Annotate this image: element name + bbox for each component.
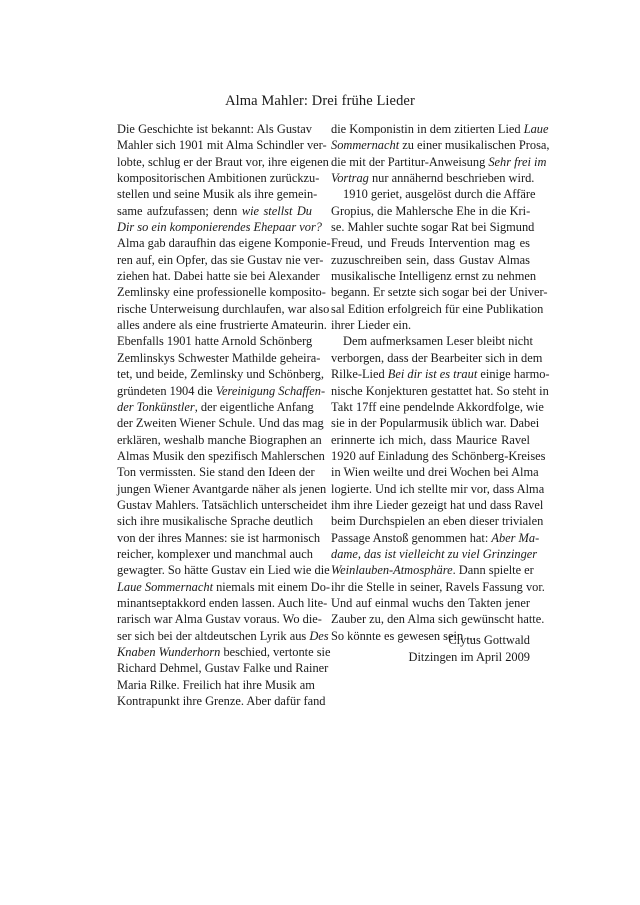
text-line: Almas Musik den spezifisch Mahlerschen (117, 448, 312, 464)
text-run: sie in der Popularmusik üblich war. Dabe… (331, 416, 539, 430)
text-run: Ton vermissten. Sie stand den Ideen der (117, 465, 315, 479)
italic-title: Sehr frei im (488, 155, 546, 169)
text-line: Freud, und Freuds Intervention mag es (331, 235, 530, 251)
text-run: minantseptakkord enden lassen. Auch lite… (117, 596, 327, 610)
text-run: 1910 geriet, ausgelöst durch die Affäre (343, 187, 535, 201)
text-run: beim Durchspielen an eben dieser trivial… (331, 514, 543, 528)
text-line: begann. Er setzte sich sogar bei der Uni… (331, 284, 530, 300)
text-run: einige harmo- (477, 367, 549, 381)
text-run: ren auf, ein Opfer, das sie Gustav nie v… (117, 253, 323, 267)
italic-title: Dir so ein komponierendes Ehepaar vor? (117, 220, 322, 234)
text-run: Richard Dehmel, Gustav Falke und Rainer (117, 661, 328, 675)
text-line: der Tonkünstler, der eigentliche Anfang (117, 399, 312, 415)
text-run: ihr die Stelle in seiner, Ravels Fassung… (331, 580, 545, 594)
italic-title: dame, das ist vielleicht zu viel Grinzin… (331, 547, 537, 561)
text-run: der Zweiten Wiener Schule. Und das mag (117, 416, 324, 430)
text-line: 1920 auf Einladung des Schönberg-Kreises (331, 448, 530, 464)
text-run: Maria Rilke. Freilich hat ihre Musik am (117, 678, 315, 692)
italic-title: Bei dir ist es traut (388, 367, 478, 381)
page-title: Alma Mahler: Drei frühe Lieder (0, 93, 640, 110)
text-run: same aufzufassen; denn (117, 204, 242, 218)
text-line: Laue Sommernacht niemals mit einem Do- (117, 579, 312, 595)
text-line: gewagter. So hätte Gustav ein Lied wie d… (117, 562, 312, 578)
text-run: von der ihres Mannes: sie ist harmonisch (117, 531, 320, 545)
text-run: gründeten 1904 die (117, 384, 216, 398)
text-run: Kontrapunkt ihre Grenze. Aber dafür fand (117, 694, 326, 708)
place-date: Ditzingen im April 2009 (331, 649, 530, 665)
text-line: von der ihres Mannes: sie ist harmonisch (117, 530, 312, 546)
text-run: Passage Anstoß genommen hat: (331, 531, 491, 545)
text-line: erklären, weshalb manche Biographen an (117, 432, 312, 448)
text-line: zuzuschreiben sein, dass Gustav Almas (331, 252, 530, 268)
text-line: nische Konjekturen gestattet hat. So ste… (331, 383, 530, 399)
text-run: Almas Musik den spezifisch Mahlerschen (117, 449, 325, 463)
text-line: 1910 geriet, ausgelöst durch die Affäre (331, 186, 530, 202)
text-run: rische Unterweisung durchlaufen, war als… (117, 302, 329, 316)
text-run: tet, und beide, Zemlinsky und Schönberg, (117, 367, 324, 381)
text-line: Richard Dehmel, Gustav Falke und Rainer (117, 660, 312, 676)
text-run: Zauber zu, den Alma sich gewünscht hatte… (331, 612, 544, 626)
text-run: zuzuschreiben sein, dass Gustav Almas (331, 253, 530, 267)
italic-title: Laue (524, 122, 549, 136)
text-line: Vortrag nur annähernd beschrieben wird. (331, 170, 530, 186)
text-line: ser sich bei der altdeutschen Lyrik aus … (117, 628, 312, 644)
text-run: reicher, komplexer und manchmal auch (117, 547, 313, 561)
text-run: die Komponistin in dem zitierten Lied (331, 122, 524, 136)
italic-title: Laue Sommernacht (117, 580, 213, 594)
text-line: sich ihre musikalische Sprache deutlich (117, 513, 312, 529)
text-line: tet, und beide, Zemlinsky und Schönberg, (117, 366, 312, 382)
text-line: Zemlinskys Schwester Mathilde geheira- (117, 350, 312, 366)
italic-title: Aber Ma- (491, 531, 539, 545)
text-run: Alma gab daraufhin das eigene Komponie- (117, 236, 331, 250)
italic-title: der Tonkünstler (117, 400, 195, 414)
text-line: Ebenfalls 1901 hatte Arnold Schönberg (117, 333, 312, 349)
text-line: minantseptakkord enden lassen. Auch lite… (117, 595, 312, 611)
text-line: Gropius, die Mahlersche Ehe in die Kri- (331, 203, 530, 219)
text-line: Kontrapunkt ihre Grenze. Aber dafür fand (117, 693, 312, 709)
text-run: erinnerte ich mich, dass Maurice Ravel (331, 433, 530, 447)
text-run: , der eigentliche Anfang (195, 400, 314, 414)
text-run: Takt 17ff eine pendelnde Akkordfolge, wi… (331, 400, 544, 414)
text-line: Alma gab daraufhin das eigene Komponie- (117, 235, 312, 251)
text-line: lobte, schlug er der Braut vor, ihre eig… (117, 154, 312, 170)
text-run: Freud, und Freuds Intervention mag es (331, 236, 530, 250)
text-run: rarisch war Alma Gustav voraus. Wo die- (117, 612, 322, 626)
text-line: rarisch war Alma Gustav voraus. Wo die- (117, 611, 312, 627)
text-line: ziehen hat. Dabei hatte sie bei Alexande… (117, 268, 312, 284)
text-line: se. Mahler suchte sogar Rat bei Sigmund (331, 219, 530, 235)
text-line: Zauber zu, den Alma sich gewünscht hatte… (331, 611, 530, 627)
italic-title: Sommernacht (331, 138, 399, 152)
text-run: se. Mahler suchte sogar Rat bei Sigmund (331, 220, 534, 234)
text-line: in Wien weilte und drei Wochen bei Alma (331, 464, 530, 480)
text-run: die mit der Partitur-Anweisung (331, 155, 488, 169)
text-run: Und auf einmal wuchs den Takten jener (331, 596, 530, 610)
text-line: Dem aufmerksamen Leser bleibt nicht (331, 333, 530, 349)
text-line: ihm ihre Lieder gezeigt hat und dass Rav… (331, 497, 530, 513)
text-run: logierte. Und ich stellte mir vor, dass … (331, 482, 544, 496)
text-line: die Komponistin in dem zitierten Lied La… (331, 121, 530, 137)
text-line: gründeten 1904 die Vereinigung Schaffen- (117, 383, 312, 399)
text-line: kompositorischen Ambitionen zurückzu- (117, 170, 312, 186)
text-line: Gustav Mahlers. Tatsächlich unterscheide… (117, 497, 312, 513)
text-run: musikalische Intelligenz ernst zu nehmen (331, 269, 536, 283)
left-text-column: Die Geschichte ist bekannt: Als GustavMa… (117, 121, 312, 709)
italic-title: Des (309, 629, 328, 643)
text-run: kompositorischen Ambitionen zurückzu- (117, 171, 319, 185)
text-run: beschied, vertonte sie (220, 645, 330, 659)
text-run: Mahler sich 1901 mit Alma Schindler ver- (117, 138, 327, 152)
text-line: Passage Anstoß genommen hat: Aber Ma- (331, 530, 530, 546)
text-run: Ebenfalls 1901 hatte Arnold Schönberg (117, 334, 312, 348)
text-line: ihr die Stelle in seiner, Ravels Fassung… (331, 579, 530, 595)
text-line: Mahler sich 1901 mit Alma Schindler ver- (117, 137, 312, 153)
right-text-column: die Komponistin in dem zitierten Lied La… (331, 121, 530, 644)
text-run: begann. Er setzte sich sogar bei der Uni… (331, 285, 548, 299)
text-run: stellen und seine Musik als ihre gemein- (117, 187, 317, 201)
text-line: reicher, komplexer und manchmal auch (117, 546, 312, 562)
text-run: ser sich bei der altdeutschen Lyrik aus (117, 629, 309, 643)
text-line: Und auf einmal wuchs den Takten jener (331, 595, 530, 611)
text-run: zu einer musikalischen Prosa, (399, 138, 549, 152)
text-line: der Zweiten Wiener Schule. Und das mag (117, 415, 312, 431)
text-line: dame, das ist vielleicht zu viel Grinzin… (331, 546, 530, 562)
text-line: Zemlinsky eine professionelle komposito- (117, 284, 312, 300)
text-run: sal Edition erfolgreich für eine Publika… (331, 302, 543, 316)
text-run: ihm ihre Lieder gezeigt hat und dass Rav… (331, 498, 543, 512)
italic-title: Weinlauben-Atmosphäre (331, 563, 453, 577)
text-run: . Dann spielte er (453, 563, 534, 577)
text-run: verborgen, dass der Bearbeiter sich in d… (331, 351, 542, 365)
text-line: sal Edition erfolgreich für eine Publika… (331, 301, 530, 317)
italic-title: wie stellst Du (242, 204, 312, 218)
text-line: alles andere als eine frustrierte Amateu… (117, 317, 312, 333)
text-line: ihrer Lieder ein. (331, 317, 530, 333)
text-line: erinnerte ich mich, dass Maurice Ravel (331, 432, 530, 448)
italic-title: Vereinigung Schaffen- (216, 384, 325, 398)
text-line: jungen Wiener Avantgarde näher als jenen (117, 481, 312, 497)
italic-title: Knaben Wunderhorn (117, 645, 220, 659)
text-line: ren auf, ein Opfer, das sie Gustav nie v… (117, 252, 312, 268)
text-run: alles andere als eine frustrierte Amateu… (117, 318, 327, 332)
text-line: Takt 17ff eine pendelnde Akkordfolge, wi… (331, 399, 530, 415)
text-run: Dem aufmerksamen Leser bleibt nicht (343, 334, 533, 348)
text-run: sich ihre musikalische Sprache deutlich (117, 514, 313, 528)
text-line: logierte. Und ich stellte mir vor, dass … (331, 481, 530, 497)
text-run: niemals mit einem Do- (213, 580, 330, 594)
author-name: Clytus Gottwald (331, 632, 530, 648)
text-line: rische Unterweisung durchlaufen, war als… (117, 301, 312, 317)
text-run: gewagter. So hätte Gustav ein Lied wie d… (117, 563, 330, 577)
text-line: Dir so ein komponierendes Ehepaar vor? (117, 219, 312, 235)
text-line: die mit der Partitur-Anweisung Sehr frei… (331, 154, 530, 170)
text-run: jungen Wiener Avantgarde näher als jenen (117, 482, 326, 496)
text-line: musikalische Intelligenz ernst zu nehmen (331, 268, 530, 284)
text-line: Maria Rilke. Freilich hat ihre Musik am (117, 677, 312, 693)
text-run: lobte, schlug er der Braut vor, ihre eig… (117, 155, 329, 169)
text-line: sie in der Popularmusik üblich war. Dabe… (331, 415, 530, 431)
text-run: Zemlinskys Schwester Mathilde geheira- (117, 351, 320, 365)
text-line: verborgen, dass der Bearbeiter sich in d… (331, 350, 530, 366)
text-line: Rilke-Lied Bei dir ist es traut einige h… (331, 366, 530, 382)
text-run: Rilke-Lied (331, 367, 388, 381)
text-line: Knaben Wunderhorn beschied, vertonte sie (117, 644, 312, 660)
text-run: nische Konjekturen gestattet hat. So ste… (331, 384, 549, 398)
text-line: beim Durchspielen an eben dieser trivial… (331, 513, 530, 529)
text-run: ziehen hat. Dabei hatte sie bei Alexande… (117, 269, 320, 283)
text-run: Gropius, die Mahlersche Ehe in die Kri- (331, 204, 530, 218)
text-run: Zemlinsky eine professionelle komposito- (117, 285, 326, 299)
text-line: same aufzufassen; denn wie stellst Du (117, 203, 312, 219)
text-line: Sommernacht zu einer musikalischen Prosa… (331, 137, 530, 153)
text-line: stellen und seine Musik als ihre gemein- (117, 186, 312, 202)
text-run: ihrer Lieder ein. (331, 318, 411, 332)
text-run: nur annähernd beschrieben wird. (369, 171, 535, 185)
text-run: erklären, weshalb manche Biographen an (117, 433, 322, 447)
text-line: Ton vermissten. Sie stand den Ideen der (117, 464, 312, 480)
text-run: Gustav Mahlers. Tatsächlich unterscheide… (117, 498, 327, 512)
text-line: Weinlauben-Atmosphäre. Dann spielte er (331, 562, 530, 578)
text-run: in Wien weilte und drei Wochen bei Alma (331, 465, 539, 479)
italic-title: Vortrag (331, 171, 369, 185)
text-run: 1920 auf Einladung des Schönberg-Kreises (331, 449, 546, 463)
text-run: Die Geschichte ist bekannt: Als Gustav (117, 122, 312, 136)
text-line: Die Geschichte ist bekannt: Als Gustav (117, 121, 312, 137)
